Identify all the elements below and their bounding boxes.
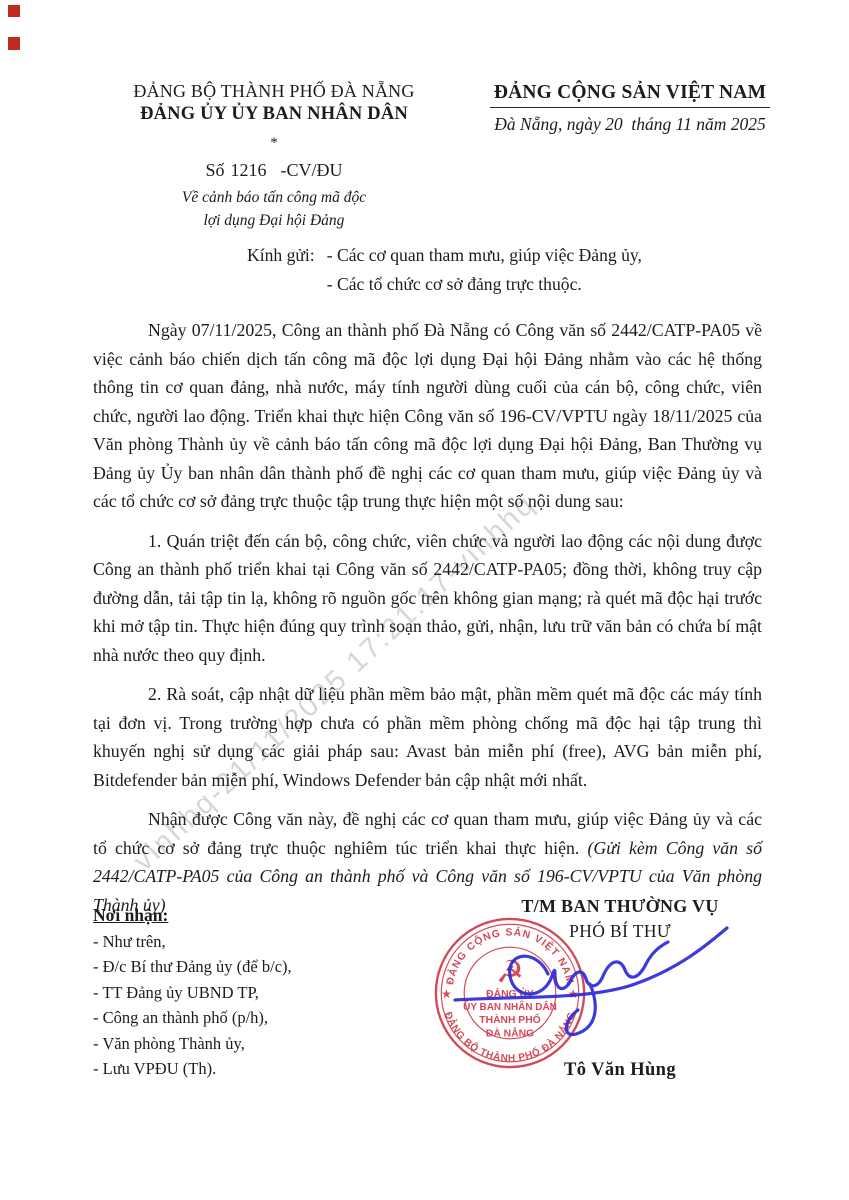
document-number-suffix: -CV/ĐU: [281, 160, 343, 180]
header-issuing-block: ĐẢNG BỘ THÀNH PHỐ ĐÀ NẴNG ĐẢNG ỦY ỦY BAN…: [98, 80, 450, 232]
subject-line-2: lợi dụng Đại hội Đảng: [98, 209, 450, 232]
salutation-line-1: - Các cơ quan tham mưu, giúp việc Đảng ủ…: [327, 241, 642, 270]
recipients-block: Nơi nhận: - Như trên, - Đ/c Bí thư Đảng …: [93, 903, 292, 1082]
place-dateline: Đà Nẵng, ngày 20 tháng 11 năm 2025: [462, 114, 798, 135]
signature-main: [510, 942, 668, 994]
recipient-item: - Đ/c Bí thư Đảng ủy (để b/c),: [93, 954, 292, 980]
header-national-block: ĐẢNG CỘNG SẢN VIỆT NAM Đà Nẵng, ngày 20 …: [462, 82, 798, 135]
paragraph-item-2: 2. Rà soát, cập nhật dữ liệu phần mềm bả…: [93, 680, 762, 794]
issuing-org-name: ĐẢNG ỦY ỦY BAN NHÂN DÂN: [98, 103, 450, 126]
recipient-item: - Công an thành phố (p/h),: [93, 1005, 292, 1031]
paragraph-intro: Ngày 07/11/2025, Công an thành phố Đà Nẵ…: [93, 316, 762, 516]
document-subject: Về cảnh báo tấn công mã độc lợi dụng Đại…: [98, 186, 450, 232]
salutation-line-2: - Các tổ chức cơ sở đảng trực thuộc.: [327, 270, 642, 299]
recipients-label: Nơi nhận:: [93, 903, 292, 929]
document-number: 1216: [231, 160, 267, 180]
recipient-item: - Văn phòng Thành ủy,: [93, 1031, 292, 1057]
signature-scribble: [440, 912, 740, 1052]
header-separator-star: *: [98, 134, 450, 153]
recipient-item: - Như trên,: [93, 929, 292, 955]
signer-name: Tô Văn Hùng: [520, 1060, 720, 1081]
signature-descender: [566, 984, 595, 1035]
document-number-line: Số1216-CV/ĐU: [98, 159, 450, 182]
recipient-item: - Lưu VPĐU (Th).: [93, 1056, 292, 1082]
red-artifact-mark: [8, 5, 20, 17]
paragraph-item-1: 1. Quán triệt đến cán bộ, công chức, viê…: [93, 527, 762, 670]
party-motto: ĐẢNG CỘNG SẢN VIỆT NAM: [490, 82, 770, 108]
document-page: vinhhq-21/11/2025 17:21:17-vinhhq ĐẢNG B…: [0, 0, 849, 1200]
document-body: Ngày 07/11/2025, Công an thành phố Đà Nẵ…: [93, 316, 762, 930]
document-number-prefix: Số: [205, 160, 224, 180]
recipient-item: - TT Đảng ủy UBND TP,: [93, 980, 292, 1006]
subject-line-1: Về cảnh báo tấn công mã độc: [98, 186, 450, 209]
red-artifact-mark: [8, 37, 20, 50]
salutation-block: Kính gửi: - Các cơ quan tham mưu, giúp v…: [247, 241, 642, 299]
issuing-org-parent: ĐẢNG BỘ THÀNH PHỐ ĐÀ NẴNG: [98, 80, 450, 103]
salutation-label: Kính gửi:: [247, 241, 315, 299]
